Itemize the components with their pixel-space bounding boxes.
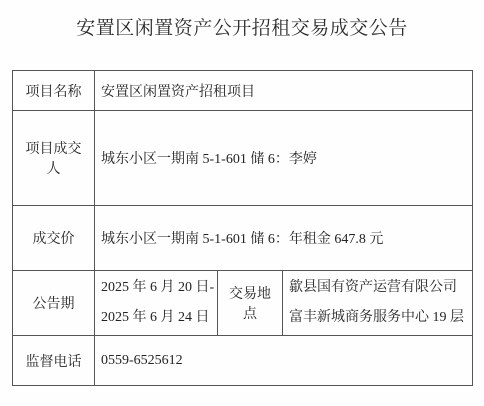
table-row-notice-period: 公告期 2025 年 6 月 20 日- 2025 年 6 月 24 日 交易地… — [13, 271, 473, 336]
trade-location-line2: 富丰新城商务服务中心 19 层 — [289, 303, 466, 333]
winner-value: 城东小区一期南 5-1-601 储 6：李婷 — [95, 111, 473, 206]
trade-location-line1: 歙县国有资产运营有限公司 — [289, 273, 466, 303]
notice-period-start: 2025 年 6 月 20 日- — [101, 273, 211, 303]
notice-period-value: 2025 年 6 月 20 日- 2025 年 6 月 24 日 — [95, 271, 218, 336]
notice-period-label: 公告期 — [13, 271, 95, 336]
table-row-supervision-phone: 监督电话 0559-6525612 — [13, 336, 473, 386]
announcement-title: 安置区闲置资产公开招租交易成交公告 — [0, 0, 484, 42]
table-row-project-name: 项目名称 安置区闲置资产招租项目 — [13, 71, 473, 111]
deal-price-label: 成交价 — [13, 206, 95, 271]
announcement-document: 安置区闲置资产公开招租交易成交公告 项目名称 安置区闲置资产招租项目 项目成交人… — [0, 0, 484, 406]
announcement-info-table: 项目名称 安置区闲置资产招租项目 项目成交人 城东小区一期南 5-1-601 储… — [12, 70, 473, 386]
table-row-deal-price: 成交价 城东小区一期南 5-1-601 储 6：年租金 647.8 元 — [13, 206, 473, 271]
deal-price-value: 城东小区一期南 5-1-601 储 6：年租金 647.8 元 — [95, 206, 473, 271]
project-name-value: 安置区闲置资产招租项目 — [95, 71, 473, 111]
notice-period-end: 2025 年 6 月 24 日 — [101, 303, 211, 333]
trade-location-value: 歙县国有资产运营有限公司 富丰新城商务服务中心 19 层 — [283, 271, 473, 336]
winner-label: 项目成交人 — [13, 111, 95, 206]
table-row-winner: 项目成交人 城东小区一期南 5-1-601 储 6：李婷 — [13, 111, 473, 206]
trade-location-label: 交易地点 — [218, 271, 283, 336]
supervision-phone-value: 0559-6525612 — [95, 336, 473, 386]
supervision-phone-label: 监督电话 — [13, 336, 95, 386]
project-name-label: 项目名称 — [13, 71, 95, 111]
